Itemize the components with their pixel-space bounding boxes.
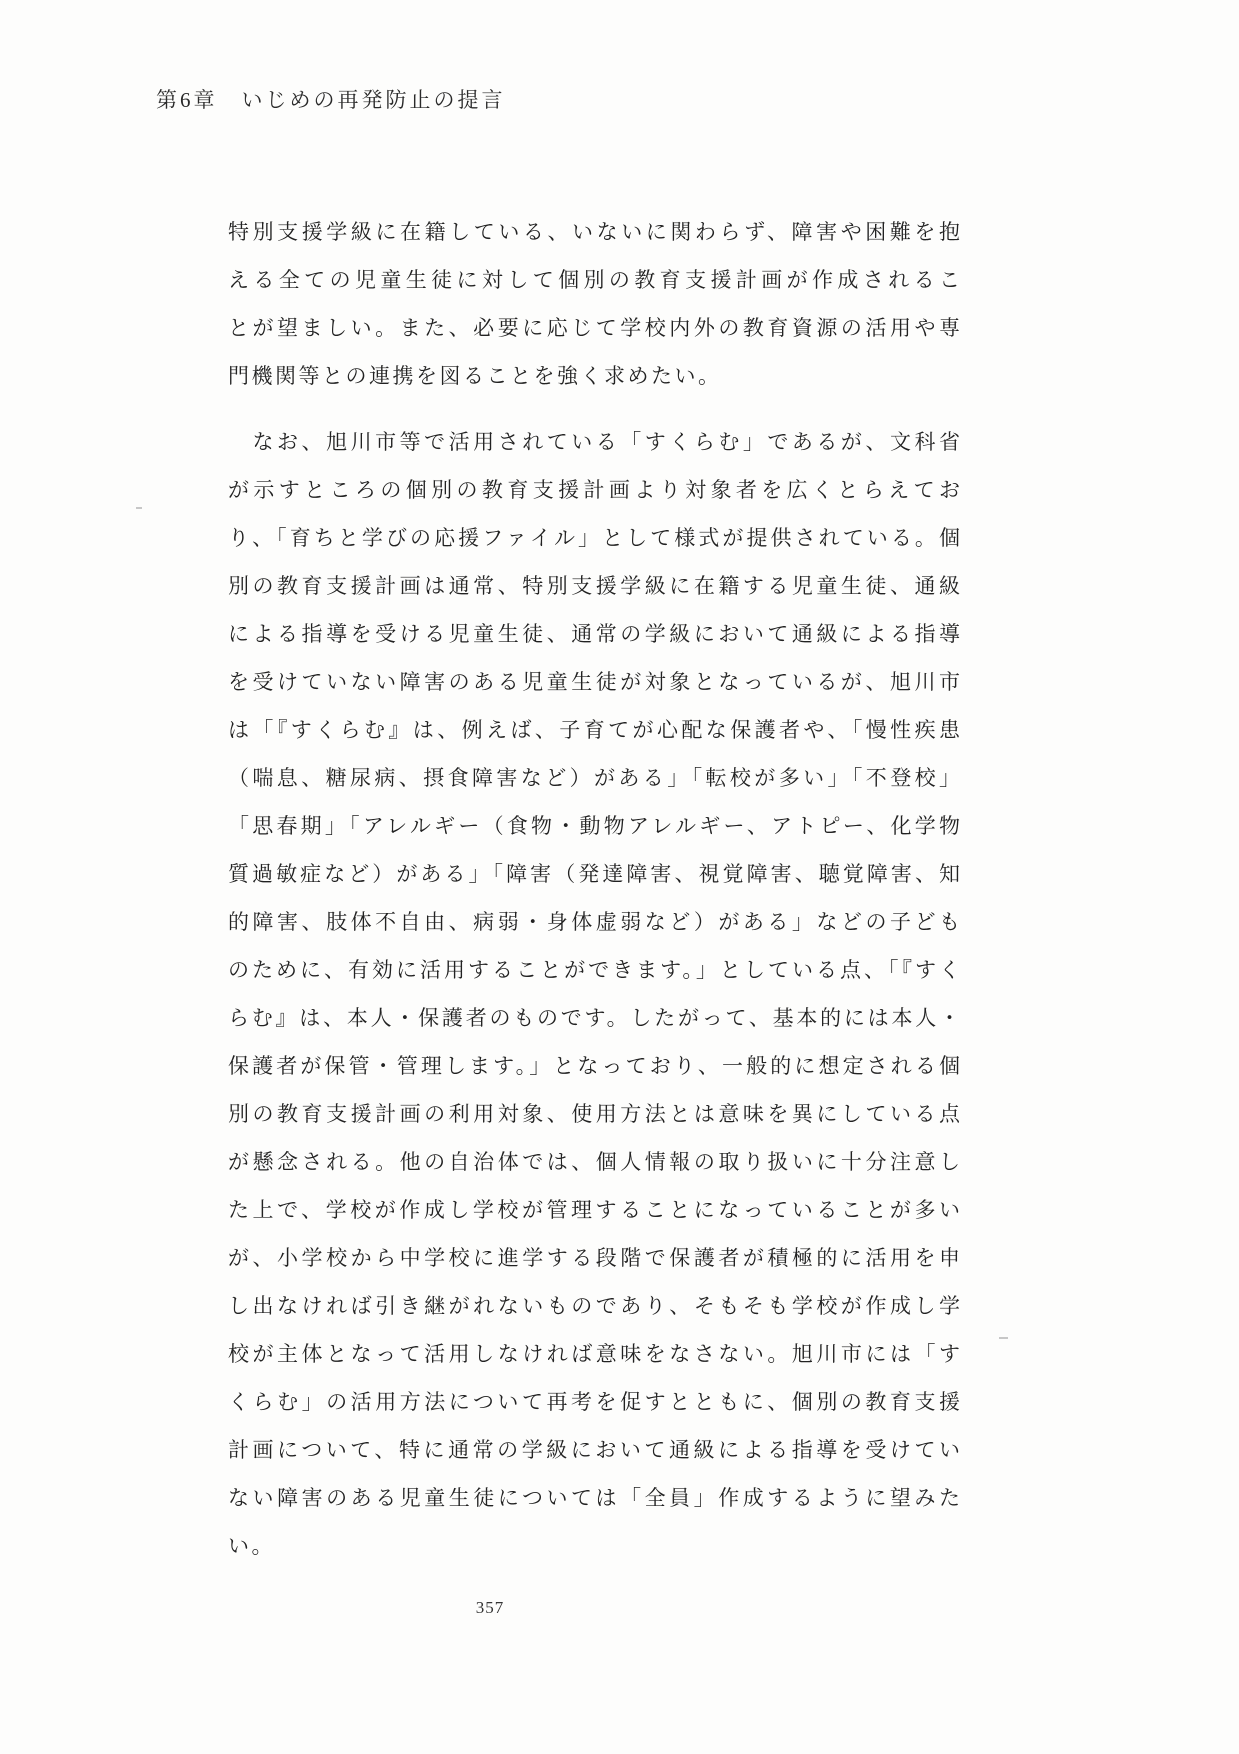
text-line: らむ』は、本人・保護者のものです。したがって、基本的には本人・ — [228, 994, 960, 1042]
text-line: 特別支援学級に在籍している、いないに関わらず、障害や困難を抱 — [228, 208, 960, 256]
text-line: 別の教育支援計画は通常、特別支援学級に在籍する児童生徒、通級 — [228, 562, 960, 610]
paragraph-2: なお、旭川市等で活用されている「すくらむ」であるが、文科省 が示すところの個別の… — [228, 418, 960, 1570]
text-line: が、小学校から中学校に進学する段階で保護者が積極的に活用を申 — [228, 1234, 960, 1282]
text-line: 保護者が保管・管理します。」となっており、一般的に想定される個 — [228, 1042, 960, 1090]
text-line: た上で、学校が作成し学校が管理することになっていることが多い — [228, 1186, 960, 1234]
text-line: り、「育ちと学びの応援ファイル」として様式が提供されている。個 — [228, 514, 960, 562]
text-line: を受けていない障害のある児童生徒が対象となっているが、旭川市 — [228, 658, 960, 706]
text-line: 門機関等との連携を図ることを強く求めたい。 — [228, 352, 960, 400]
text-line: 質過敏症など）がある」「障害（発達障害、視覚障害、聴覚障害、知 — [228, 850, 960, 898]
text-line: える全ての児童生徒に対して個別の教育支援計画が作成されるこ — [228, 256, 960, 304]
text-line: 「思春期」「アレルギー（食物・動物アレルギー、アトピー、化学物 — [228, 802, 960, 850]
text-line: 別の教育支援計画の利用対象、使用方法とは意味を異にしている点 — [228, 1090, 960, 1138]
text-line: くらむ」の活用方法について再考を促すとともに、個別の教育支援 — [228, 1378, 960, 1426]
paragraph-1: 特別支援学級に在籍している、いないに関わらず、障害や困難を抱 える全ての児童生徒… — [228, 208, 960, 400]
scan-artifact — [999, 1337, 1008, 1339]
scan-artifact — [136, 507, 142, 509]
text-line: による指導を受ける児童生徒、通常の学級において通級による指導 — [228, 610, 960, 658]
text-line: 校が主体となって活用しなければ意味をなさない。旭川市には「す — [228, 1330, 960, 1378]
document-page: 第6章 いじめの再発防止の提言 特別支援学級に在籍している、いないに関わらず、障… — [0, 0, 1239, 1754]
body-text: 特別支援学級に在籍している、いないに関わらず、障害や困難を抱 える全ての児童生徒… — [228, 208, 960, 1570]
text-line: 計画について、特に通常の学級において通級による指導を受けてい — [228, 1426, 960, 1474]
text-line: い。 — [228, 1522, 960, 1570]
text-line: ない障害のある児童生徒については「全員」作成するように望みた — [228, 1474, 960, 1522]
text-line: （喘息、糖尿病、摂食障害など）がある」「転校が多い」「不登校」 — [228, 754, 960, 802]
text-line: は「『すくらむ』は、例えば、子育てが心配な保護者や、「慢性疾患 — [228, 706, 960, 754]
text-line: のために、有効に活用することができます。」としている点、「『すく — [228, 946, 960, 994]
page-number: 357 — [455, 1598, 525, 1618]
text-line: し出なければ引き継がれないものであり、そもそも学校が作成し学 — [228, 1282, 960, 1330]
chapter-header: 第6章 いじめの再発防止の提言 — [156, 84, 506, 114]
text-line: が示すところの個別の教育支援計画より対象者を広くとらえてお — [228, 466, 960, 514]
text-line: が懸念される。他の自治体では、個人情報の取り扱いに十分注意し — [228, 1138, 960, 1186]
text-line: とが望ましい。また、必要に応じて学校内外の教育資源の活用や専 — [228, 304, 960, 352]
text-line: 的障害、肢体不自由、病弱・身体虚弱など）がある」などの子ども — [228, 898, 960, 946]
text-line: なお、旭川市等で活用されている「すくらむ」であるが、文科省 — [228, 418, 960, 466]
